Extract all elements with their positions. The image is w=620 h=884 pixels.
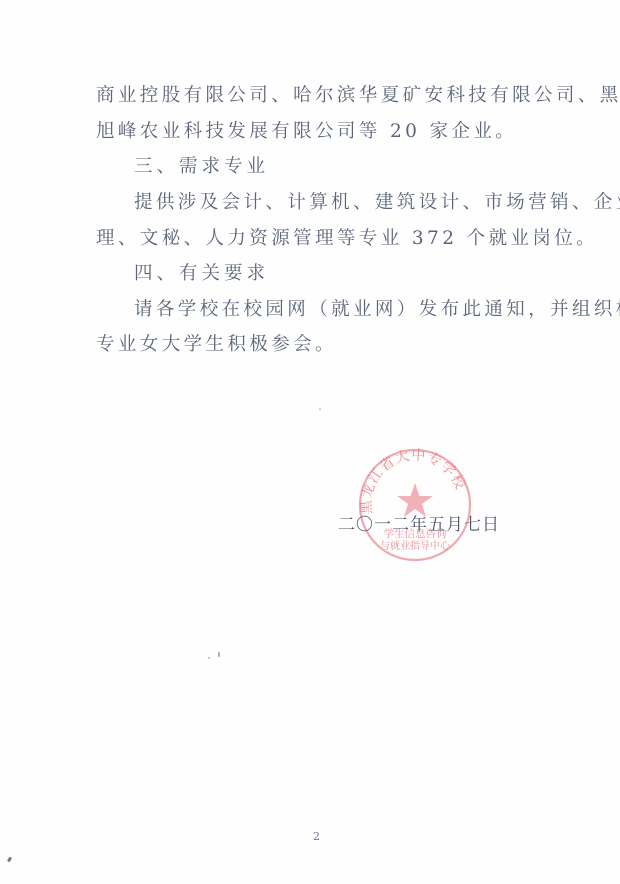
document-date: 二〇一二年五月七日 (338, 510, 500, 535)
section-heading-3: 三、需求专业 (134, 154, 584, 180)
page-number: 2 (313, 830, 320, 843)
scan-speck (7, 857, 12, 863)
scan-speck (208, 657, 210, 659)
document-page: 商业控股有限公司、哈尔滨华夏矿安科技有限公司、黑龙江 旭峰农业科技发展有限公司等… (0, 0, 620, 884)
official-seal-stamp: 黑龙江省大中专学校 学生信息咨询 与就业指导中心 (355, 445, 475, 565)
scan-speck (218, 652, 220, 657)
paragraph-line: 请各学校在校园网（就业网）发布此通知，并组织相关 (134, 297, 584, 323)
scan-speck (319, 408, 321, 410)
paragraph-line: 理、文秘、人力资源管理等专业 372 个就业岗位。 (96, 226, 546, 252)
stamp-line-2: 与就业指导中心 (380, 539, 451, 552)
paragraph-line: 专业女大学生积极参会。 (96, 332, 546, 358)
paragraph-line: 旭峰农业科技发展有限公司等 20 家企业。 (96, 119, 546, 145)
section-heading-4: 四、有关要求 (134, 261, 584, 287)
paragraph-line: 提供涉及会计、计算机、建筑设计、市场营销、企业管 (134, 190, 584, 216)
paragraph-line: 商业控股有限公司、哈尔滨华夏矿安科技有限公司、黑龙江 (96, 83, 546, 109)
